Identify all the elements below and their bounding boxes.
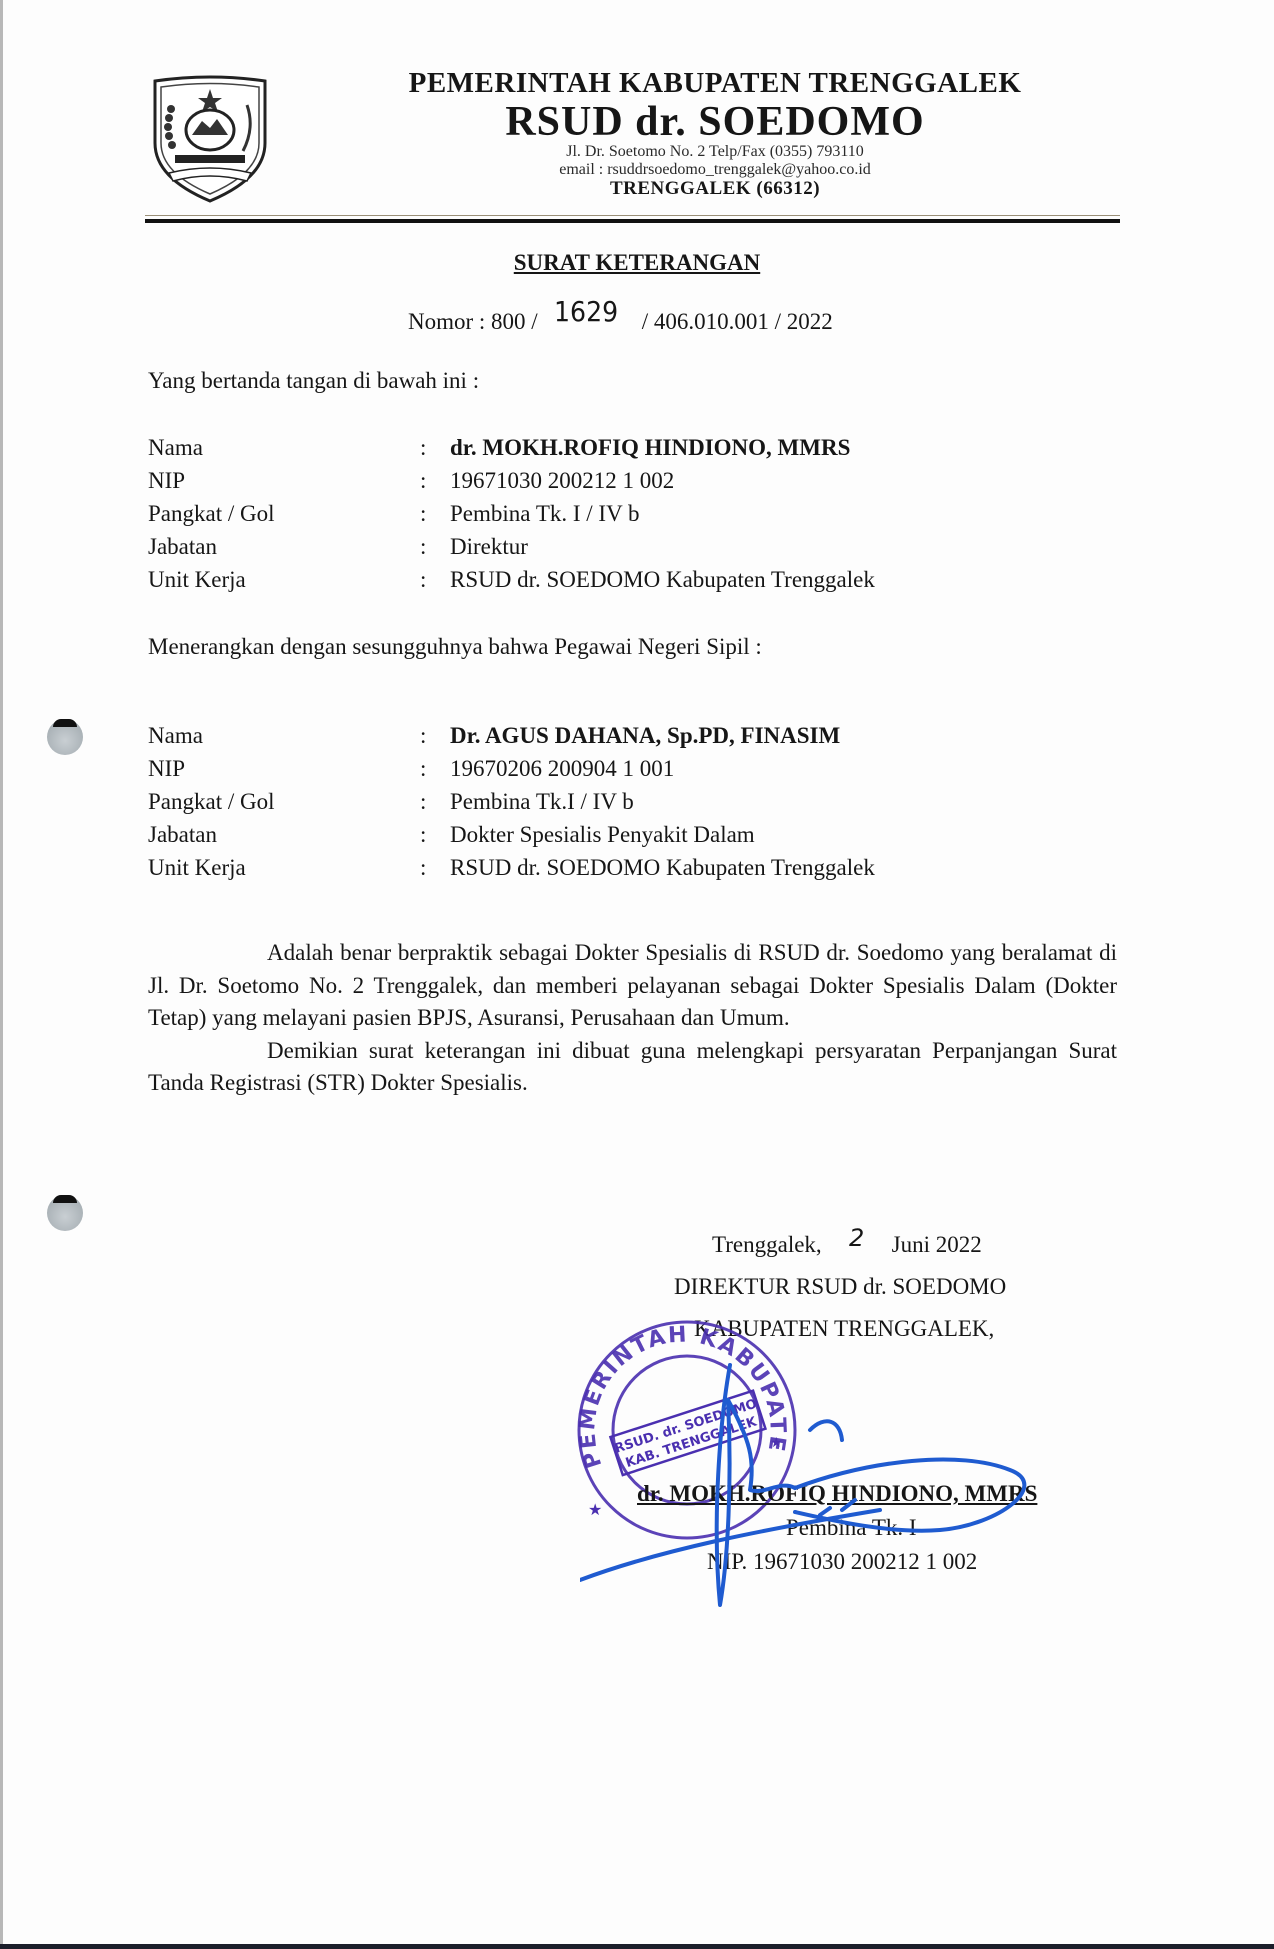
detail-colon: :	[420, 851, 426, 884]
detail-row: Nama:dr. MOKH.ROFIQ HINDIONO, MMRS	[148, 431, 1048, 464]
detail-label: Pangkat / Gol	[148, 785, 275, 818]
signatory-details: Nama:dr. MOKH.ROFIQ HINDIONO, MMRSNIP:19…	[148, 431, 1048, 596]
detail-row: Jabatan:Direktur	[148, 530, 1048, 563]
document-number-suffix: / 406.010.001 / 2022	[642, 309, 833, 334]
detail-colon: :	[420, 431, 426, 464]
detail-row: Nama:Dr. AGUS DAHANA, Sp.PD, FINASIM	[148, 719, 1048, 752]
document-number-prefix: Nomor : 800 /	[408, 309, 538, 334]
signature-day-handwritten: 2	[822, 1224, 892, 1252]
signature-month-year: Juni 2022	[892, 1232, 982, 1257]
detail-colon: :	[420, 530, 426, 563]
page-edge-bottom	[0, 1944, 1274, 1949]
detail-value: RSUD dr. SOEDOMO Kabupaten Trenggalek	[450, 851, 875, 884]
letterhead-divider	[145, 215, 1120, 216]
detail-value: Dokter Spesialis Penyakit Dalam	[450, 818, 755, 851]
detail-row: Pangkat / Gol:Pembina Tk. I / IV b	[148, 497, 1048, 530]
detail-colon: :	[420, 818, 426, 851]
letterhead-city: TRENGGALEK (66312)	[290, 178, 1140, 200]
intro-text: Yang bertanda tangan di bawah ini :	[148, 368, 479, 394]
detail-label: Jabatan	[148, 818, 217, 851]
letterhead-address: Jl. Dr. Soetomo No. 2 Telp/Fax (0355) 79…	[290, 143, 1140, 161]
detail-value: 19670206 200904 1 001	[450, 752, 674, 785]
detail-colon: :	[420, 719, 426, 752]
signature-date: Trenggalek,2Juni 2022	[712, 1230, 982, 1258]
detail-label: Nama	[148, 719, 203, 752]
detail-value: Direktur	[450, 530, 528, 563]
detail-label: NIP	[148, 464, 185, 497]
detail-value: RSUD dr. SOEDOMO Kabupaten Trenggalek	[450, 563, 875, 596]
detail-row: Unit Kerja:RSUD dr. SOEDOMO Kabupaten Tr…	[148, 563, 1048, 596]
detail-row: Jabatan:Dokter Spesialis Penyakit Dalam	[148, 818, 1048, 851]
body-paragraph: Adalah benar berpraktik sebagai Dokter S…	[148, 937, 1117, 1035]
detail-colon: :	[420, 752, 426, 785]
detail-colon: :	[420, 464, 426, 497]
page-edge	[0, 0, 3, 1949]
detail-label: Nama	[148, 431, 203, 464]
detail-colon: :	[420, 497, 426, 530]
letterhead-government: PEMERINTAH KABUPATEN TRENGGALEK	[290, 67, 1140, 100]
detail-value: Pembina Tk. I / IV b	[450, 497, 640, 530]
detail-label: Jabatan	[148, 530, 217, 563]
detail-value: dr. MOKH.ROFIQ HINDIONO, MMRS	[450, 431, 850, 464]
detail-label: Pangkat / Gol	[148, 497, 275, 530]
detail-label: Unit Kerja	[148, 851, 246, 884]
punch-hole	[47, 719, 83, 755]
detail-colon: :	[420, 785, 426, 818]
handwritten-signature-icon	[580, 1360, 1040, 1610]
detail-row: NIP:19670206 200904 1 001	[148, 752, 1048, 785]
subject-details: Nama:Dr. AGUS DAHANA, Sp.PD, FINASIMNIP:…	[148, 719, 1048, 884]
detail-value: 19671030 200212 1 002	[450, 464, 674, 497]
statement-intro: Menerangkan dengan sesungguhnya bahwa Pe…	[148, 634, 762, 660]
detail-colon: :	[420, 563, 426, 596]
letterhead-email: email : rsuddrsoedomo_trenggalek@yahoo.c…	[290, 161, 1140, 179]
letterhead-hospital-name: RSUD dr. SOEDOMO	[290, 98, 1140, 146]
signatory-title: DIREKTUR RSUD dr. SOEDOMO	[674, 1274, 1006, 1300]
detail-value: Dr. AGUS DAHANA, Sp.PD, FINASIM	[450, 719, 840, 752]
detail-label: NIP	[148, 752, 185, 785]
detail-row: Pangkat / Gol:Pembina Tk.I / IV b	[148, 785, 1048, 818]
detail-row: Unit Kerja:RSUD dr. SOEDOMO Kabupaten Tr…	[148, 851, 1048, 884]
document-number: Nomor : 800 /1629/ 406.010.001 / 2022	[408, 303, 833, 336]
detail-value: Pembina Tk.I / IV b	[450, 785, 634, 818]
detail-row: NIP:19671030 200212 1 002	[148, 464, 1048, 497]
document-number-handwritten: 1629	[543, 295, 637, 328]
document-title: SURAT KETERANGAN	[0, 250, 1274, 276]
punch-hole	[47, 1195, 83, 1231]
letter-body: Adalah benar berpraktik sebagai Dokter S…	[148, 937, 1117, 1100]
signature-place: Trenggalek,	[712, 1232, 822, 1257]
regency-coat-of-arms-icon	[147, 73, 273, 203]
letterhead-divider	[145, 219, 1120, 223]
body-paragraph: Demikian surat keterangan ini dibuat gun…	[148, 1035, 1117, 1100]
detail-label: Unit Kerja	[148, 563, 246, 596]
